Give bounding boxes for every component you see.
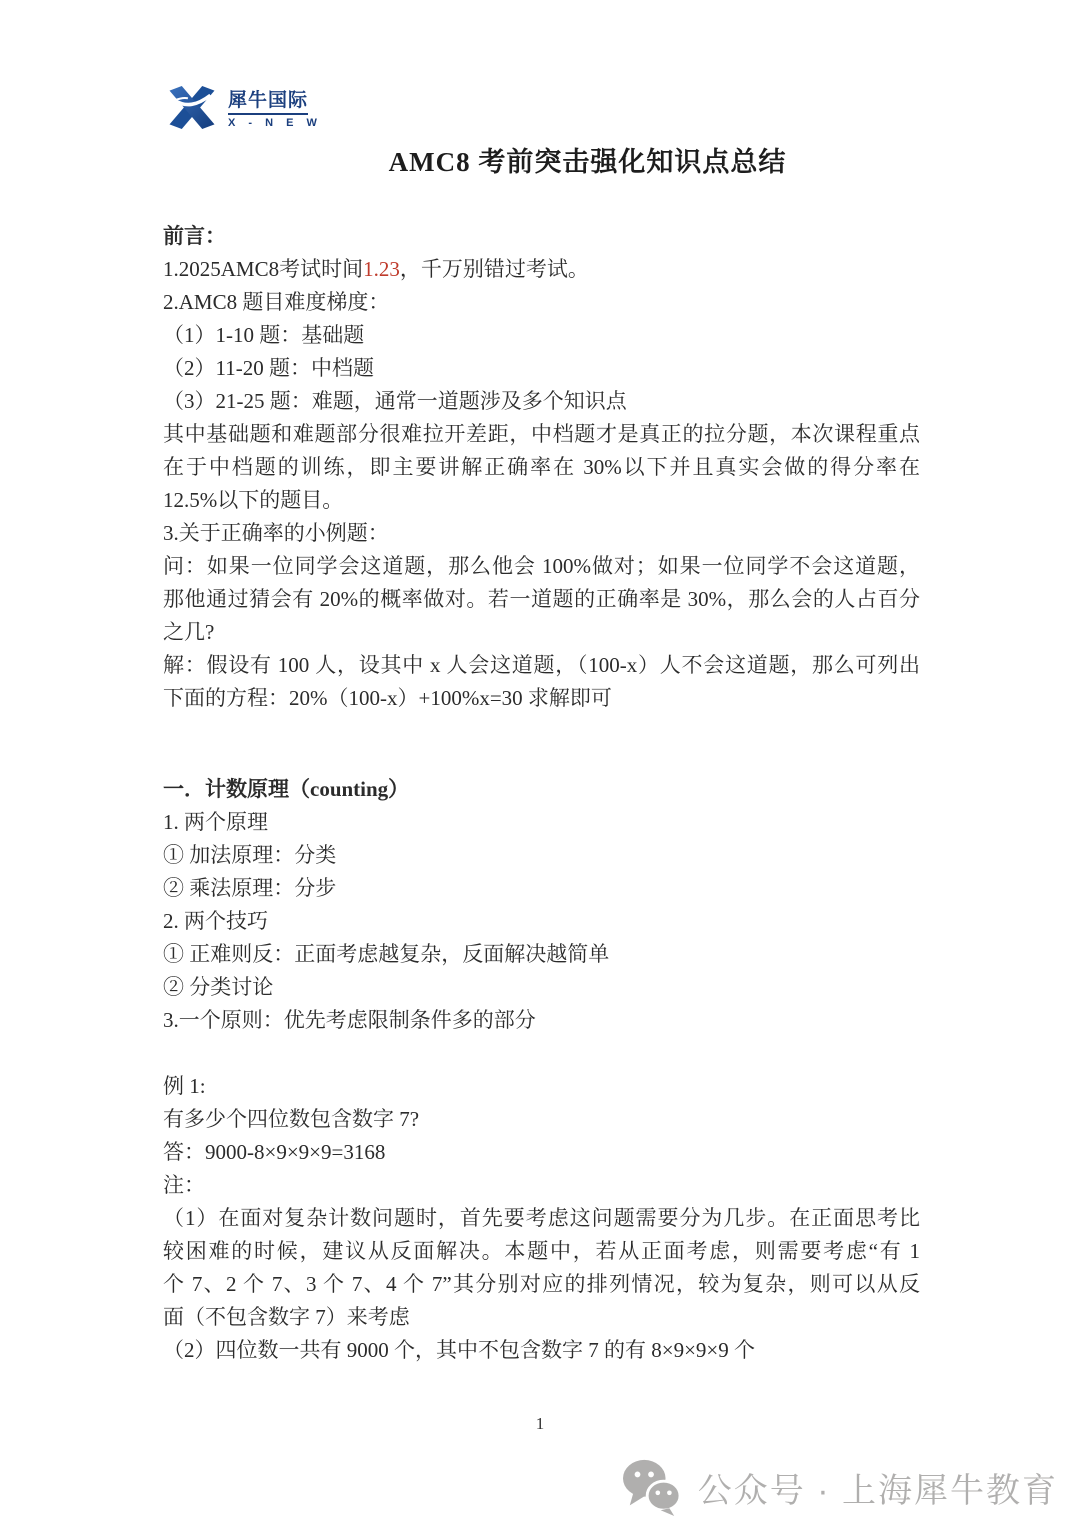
document-line: 面（不包含数字 7）来考虑 [163, 1301, 920, 1334]
document-heading: 前言： [163, 220, 920, 253]
document-line: ② 分类讨论 [163, 971, 920, 1004]
document-line: 1. 两个原理 [163, 806, 920, 839]
document-line: 3.一个原则：优先考虑限制条件多的部分 [163, 1004, 920, 1037]
wechat-icon [620, 1458, 684, 1516]
document-line: 1.2025AMC8考试时间1.23，千万别错过考试。 [163, 253, 920, 286]
page-number: 1 [0, 1414, 1080, 1434]
document-line: 之几? [163, 616, 920, 649]
document-line: 12.5%以下的题目。 [163, 484, 920, 517]
document-line: 在于中档题的训练，即主要讲解正确率在 30%以下并且真实会做的得分率在 [163, 451, 920, 484]
document-line: 问：如果一位同学会这道题，那么他会 100%做对；如果一位同学不会这道题， [163, 550, 920, 583]
document-line: 有多少个四位数包含数字 7? [163, 1103, 920, 1136]
logo-text: 犀牛国际 X - N E W [228, 85, 322, 129]
document-line: 解：假设有 100 人，设其中 x 人会这道题，（100-x）人不会这道题，那么… [163, 649, 920, 682]
document-line: 2.AMC8 题目难度梯度： [163, 286, 920, 319]
company-logo: 犀牛国际 X - N E W [166, 84, 322, 130]
document-line: （1）1-10 题：基础题 [163, 319, 920, 352]
wechat-watermark: 公众号 · 上海犀牛教育 [620, 1458, 1058, 1516]
logo-name-en: X - N E W [228, 117, 322, 129]
document-line: 那他通过猜会有 20%的概率做对。若一道题的正确率是 30%，那么会的人占百分 [163, 583, 920, 616]
exam-date-highlight: 1.23 [363, 257, 400, 281]
document-line: （3）21-25 题：难题，通常一道题涉及多个知识点 [163, 385, 920, 418]
document-page: 犀牛国际 X - N E W AMC8 考前突击强化知识点总结 前言：1.202… [0, 0, 1080, 1527]
document-line: （1）在面对复杂计数问题时，首先要考虑这问题需要分为几步。在正面思考比 [163, 1202, 920, 1235]
page-title: AMC8 考前突击强化知识点总结 [0, 140, 1080, 179]
document-line: 答：9000-8×9×9×9=3168 [163, 1136, 920, 1169]
logo-name-cn: 犀牛国际 [228, 85, 308, 115]
document-line: 其中基础题和难题部分很难拉开差距，中档题才是真正的拉分题，本次课程重点 [163, 418, 920, 451]
preface-section: 前言：1.2025AMC8考试时间1.23，千万别错过考试。2.AMC8 题目难… [163, 220, 920, 715]
document-body: 前言：1.2025AMC8考试时间1.23，千万别错过考试。2.AMC8 题目难… [163, 220, 920, 1367]
x-new-logo-icon [166, 84, 218, 130]
document-line: 3.关于正确率的小例题： [163, 517, 920, 550]
document-line: 注： [163, 1169, 920, 1202]
document-line: 2. 两个技巧 [163, 905, 920, 938]
document-line: （2）11-20 题：中档题 [163, 352, 920, 385]
document-line: 例 1: [163, 1070, 920, 1103]
watermark-text: 公众号 · 上海犀牛教育 [698, 1463, 1058, 1512]
document-heading: 一．计数原理（counting） [163, 773, 920, 806]
document-line: ① 正难则反：正面考虑越复杂，反面解决越简单 [163, 938, 920, 971]
document-line: ① 加法原理：分类 [163, 839, 920, 872]
counting-section: 一．计数原理（counting）1. 两个原理① 加法原理：分类② 乘法原理：分… [163, 773, 920, 1367]
blank-line [163, 1037, 920, 1070]
document-line: 个 7、2 个 7、3 个 7、4 个 7”其分别对应的排列情况，较为复杂，则可… [163, 1268, 920, 1301]
document-line: ② 乘法原理：分步 [163, 872, 920, 905]
document-line: 下面的方程：20%（100-x）+100%x=30 求解即可 [163, 682, 920, 715]
document-line: 较困难的时候，建议从反面解决。本题中，若从正面考虑，则需要考虑“有 1 [163, 1235, 920, 1268]
document-line: （2）四位数一共有 9000 个，其中不包含数字 7 的有 8×9×9×9 个 [163, 1334, 920, 1367]
